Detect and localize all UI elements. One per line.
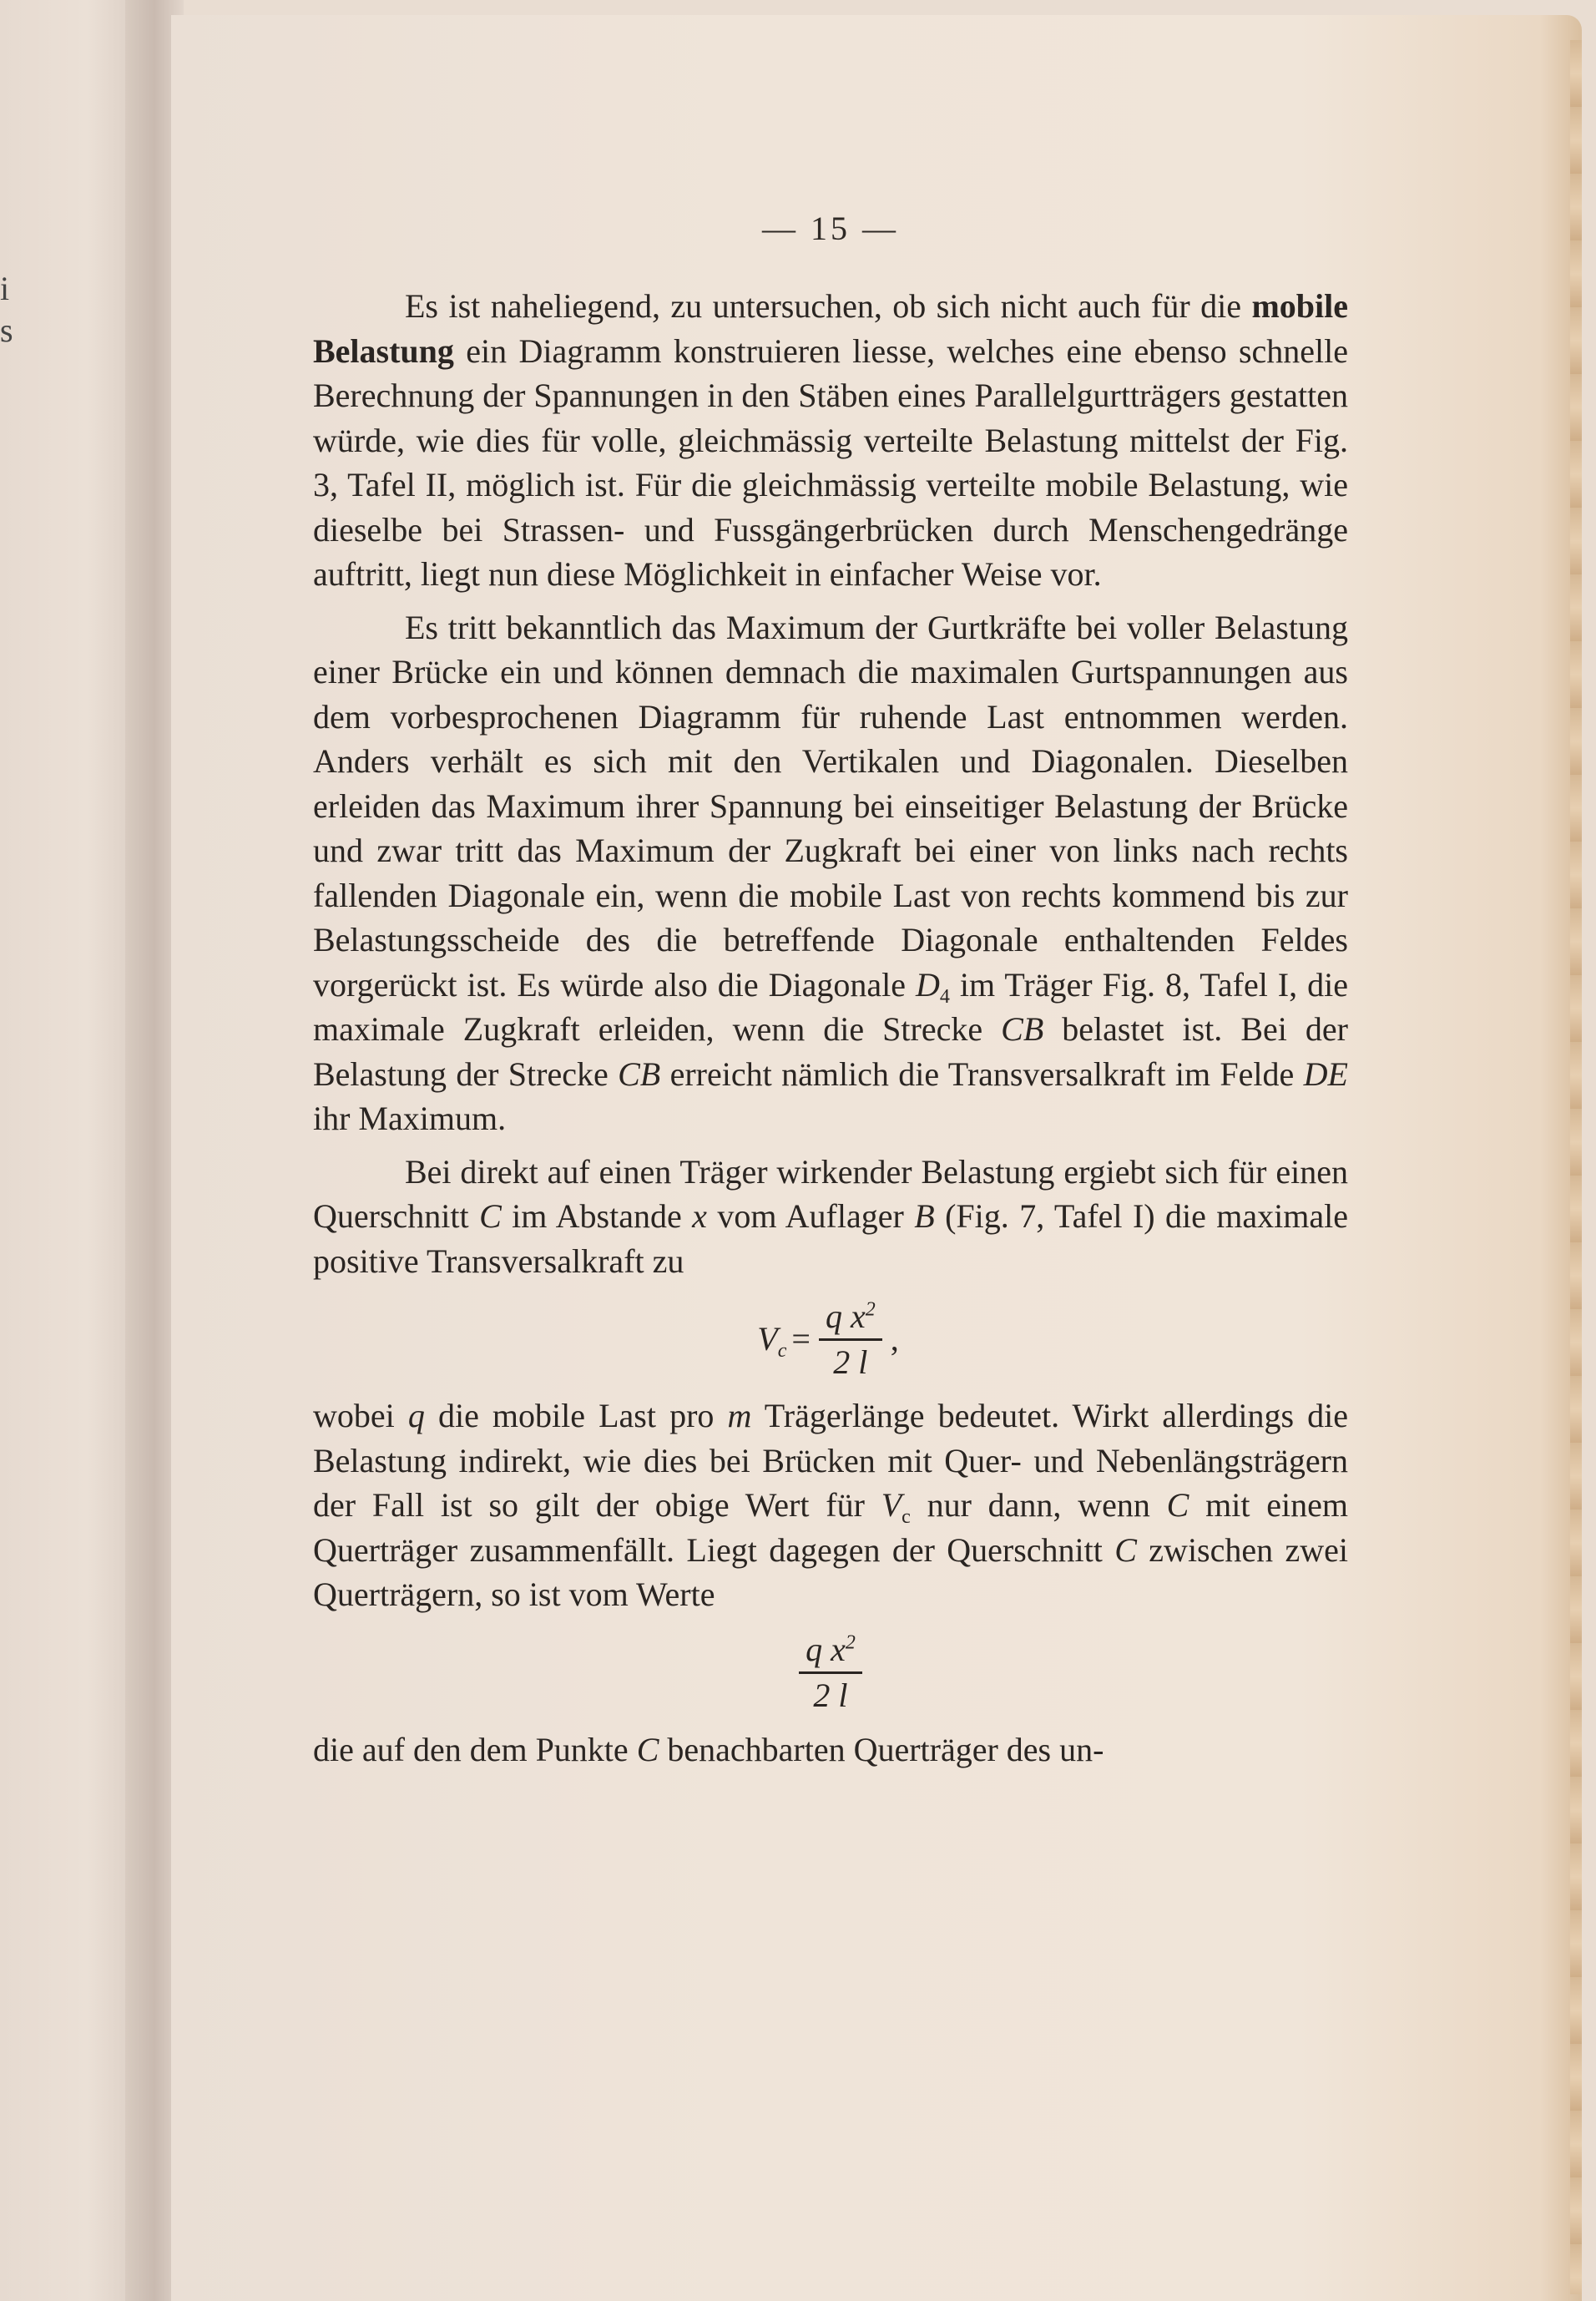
page-number: — 15 — bbox=[313, 209, 1348, 248]
formula-comma: , bbox=[891, 1317, 899, 1362]
paragraph: Es tritt bekanntlich das Maximum der Gur… bbox=[313, 605, 1348, 1141]
formula-fraction-standalone: q x2 2 l bbox=[313, 1627, 1348, 1719]
formula-fraction: q x2 2 l bbox=[799, 1630, 862, 1716]
formula-lhs: Vc bbox=[757, 1317, 786, 1362]
fraction-denominator: 2 l bbox=[813, 1674, 847, 1716]
body-text: Es ist naheliegend, zu untersuchen, ob s… bbox=[313, 284, 1348, 1772]
previous-page-edge: i s bbox=[0, 0, 146, 2301]
paragraph: Es ist naheliegend, zu untersuchen, ob s… bbox=[313, 284, 1348, 597]
paragraph: die auf den dem Punkte C benachbarten Qu… bbox=[313, 1727, 1348, 1773]
previous-page-fragment: i bbox=[0, 269, 9, 308]
scan-background: i s — 15 — Es ist naheliegend, zu unters… bbox=[0, 0, 1596, 2301]
previous-page-fragment: s bbox=[0, 311, 13, 350]
formula-equals: = bbox=[791, 1317, 811, 1362]
fraction-numerator: q x2 bbox=[819, 1297, 882, 1341]
formula-fraction: q x2 2 l bbox=[819, 1297, 882, 1383]
formula-transversal-force: Vc = q x2 2 l , bbox=[313, 1293, 1348, 1385]
worn-page-edge bbox=[1570, 40, 1582, 2294]
fraction-denominator: 2 l bbox=[833, 1341, 867, 1383]
paragraph: wobei q die mobile Last pro m Trägerläng… bbox=[313, 1393, 1348, 1617]
paragraph: Bei direkt auf einen Träger wirkender Be… bbox=[313, 1150, 1348, 1284]
fraction-numerator: q x2 bbox=[799, 1630, 862, 1674]
